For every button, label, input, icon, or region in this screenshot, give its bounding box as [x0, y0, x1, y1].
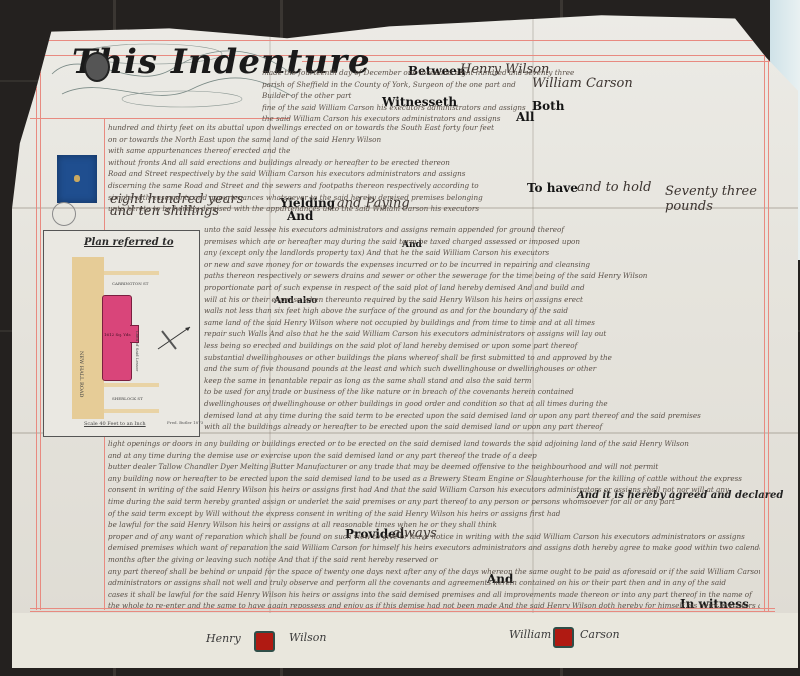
- street-top: [104, 271, 159, 275]
- text-block-top-right: made the fourteenth day of December one …: [262, 67, 762, 129]
- postmark-icon: [52, 202, 76, 226]
- text-line: any building now or hereafter to be erec…: [108, 473, 760, 485]
- text-line: same land of the said Henry Wilson where…: [204, 317, 762, 329]
- text-line: the whole to re-enter and the same to ha…: [108, 600, 760, 608]
- text-line: hundred and thirty feet on its abuttal u…: [108, 122, 760, 134]
- site-plan: Plan referred to NEW HALL ROAD CARRINGTO…: [43, 230, 200, 437]
- text-line: to be used for any trade or business of …: [204, 386, 762, 398]
- road-label: NEW HALL ROAD: [78, 351, 84, 397]
- indenture-parchment: This Indenture Between Henry Wilson Will…: [12, 12, 798, 668]
- wax-seal-icon: [254, 631, 275, 652]
- text-line: substantial dwellinghouses or other buil…: [204, 352, 762, 364]
- text-line: and the sum of five thousand pounds at t…: [204, 363, 762, 375]
- text-line: light openings or doors in any building …: [108, 438, 760, 450]
- text-block-lower: light openings or doors in any building …: [108, 438, 760, 608]
- revenue-stamp-icon: [57, 155, 97, 203]
- text-line: demised premises which want of reparatio…: [108, 542, 760, 554]
- text-line: will at his or their expense when thereu…: [204, 294, 762, 306]
- side-note: Land of Said Lessor: [135, 331, 140, 371]
- text-line: proper and of any want of reparation whi…: [108, 531, 760, 543]
- text-line: time during the said term hereby granted…: [108, 496, 760, 508]
- text-line: premises which are or hereafter may duri…: [204, 236, 762, 248]
- text-block-middle: unto the said lessee his executors admin…: [204, 224, 762, 436]
- wax-seal-icon: [553, 627, 574, 648]
- signature-wilson: Wilson: [289, 631, 327, 644]
- text-line: Road and Street respectively by the said…: [108, 168, 760, 180]
- text-line: any part thereof shall be behind or unpa…: [108, 566, 760, 578]
- street-bottom-label: SHERLOCK ST: [112, 396, 143, 401]
- text-line: of the said term except by Will without …: [108, 508, 760, 520]
- border-rule: [768, 22, 769, 612]
- text-line: repair such Walls And also that he the s…: [204, 328, 762, 340]
- text-line: with all the buildings already or hereaf…: [204, 421, 762, 433]
- text-line: paths thereon respectively or sewers dra…: [204, 270, 762, 282]
- plot-area-label: 1612 Sq. Yds: [104, 332, 131, 337]
- border-rule: [40, 40, 775, 41]
- border-rule: [36, 44, 37, 610]
- text-line: consent in writing of the said Henry Wil…: [108, 484, 760, 496]
- text-line: parish of Sheffield in the County of Yor…: [262, 79, 762, 91]
- text-line: keep the same in tenantable repair as lo…: [204, 375, 762, 387]
- leased-plot: [102, 295, 132, 381]
- text-line: or new and save money for or towards the…: [204, 259, 762, 271]
- plan-surveyor: Fred. Butler 1873: [167, 420, 203, 425]
- text-line: fine of the said William Carson his exec…: [262, 102, 762, 114]
- text-line: discerning the same Road and Street and …: [108, 180, 760, 192]
- text-line: butter dealer Tallow Chandler Dyer Melti…: [108, 461, 760, 473]
- text-block-left-column: hundred and thirty feet on its abuttal u…: [108, 122, 760, 222]
- text-line: administrators or assigns shall not well…: [108, 577, 760, 589]
- text-line: proportionate part of such expense in re…: [204, 282, 762, 294]
- plan-title: Plan referred to: [84, 237, 174, 248]
- text-line: unto hereto to be hereby demised with th…: [108, 203, 760, 215]
- plan-scale: Scale 40 Feet to an Inch: [84, 421, 146, 427]
- border-rule: [30, 118, 290, 119]
- road-new-hall: [72, 257, 104, 419]
- text-line: and at any time during the demise use or…: [108, 450, 760, 462]
- text-line: made the fourteenth day of December one …: [262, 67, 762, 79]
- text-line: Builder of the other part: [262, 90, 762, 102]
- border-rule: [764, 22, 765, 612]
- border-rule: [40, 44, 41, 610]
- text-line: with same appurtenances thereof erected …: [108, 145, 760, 157]
- text-line: any (except only the landlords property …: [204, 247, 762, 259]
- street-bottom: [104, 383, 159, 387]
- stamp-emblem-icon: [74, 175, 80, 182]
- street-top-label: CARRINGTON ST: [112, 281, 148, 286]
- crest-icon: [84, 52, 110, 82]
- text-line: dwellinghouses or dwellinghouse or other…: [204, 398, 762, 410]
- text-line: unto the said lessee his executors admin…: [204, 224, 762, 236]
- text-line: months after the giving or leaving such …: [108, 554, 760, 566]
- border-rule: [30, 608, 775, 609]
- text-line: on or towards the North East upon the sa…: [108, 134, 760, 146]
- text-line: less being so erected and buildings on t…: [204, 340, 762, 352]
- text-line: demised land at any time during the said…: [204, 410, 762, 422]
- signature-strip: Henry Wilson William Carson: [12, 613, 798, 668]
- text-line: without fronts And all said erections an…: [108, 157, 760, 169]
- text-line: cases it shall be lawful for the said He…: [108, 589, 760, 601]
- signature-carson: Carson: [580, 628, 620, 641]
- text-line: walls not less than six feet high above …: [204, 305, 762, 317]
- signature-henry: Henry: [206, 632, 241, 645]
- street-bottom-edge: [104, 409, 159, 413]
- text-line: simple with easements and appurtenances …: [108, 192, 760, 204]
- border-rule: [30, 611, 775, 612]
- north-arrow-icon: [154, 323, 194, 353]
- signature-william: William: [509, 628, 551, 641]
- text-line: be lawful for the said Henry Wilson his …: [108, 519, 760, 531]
